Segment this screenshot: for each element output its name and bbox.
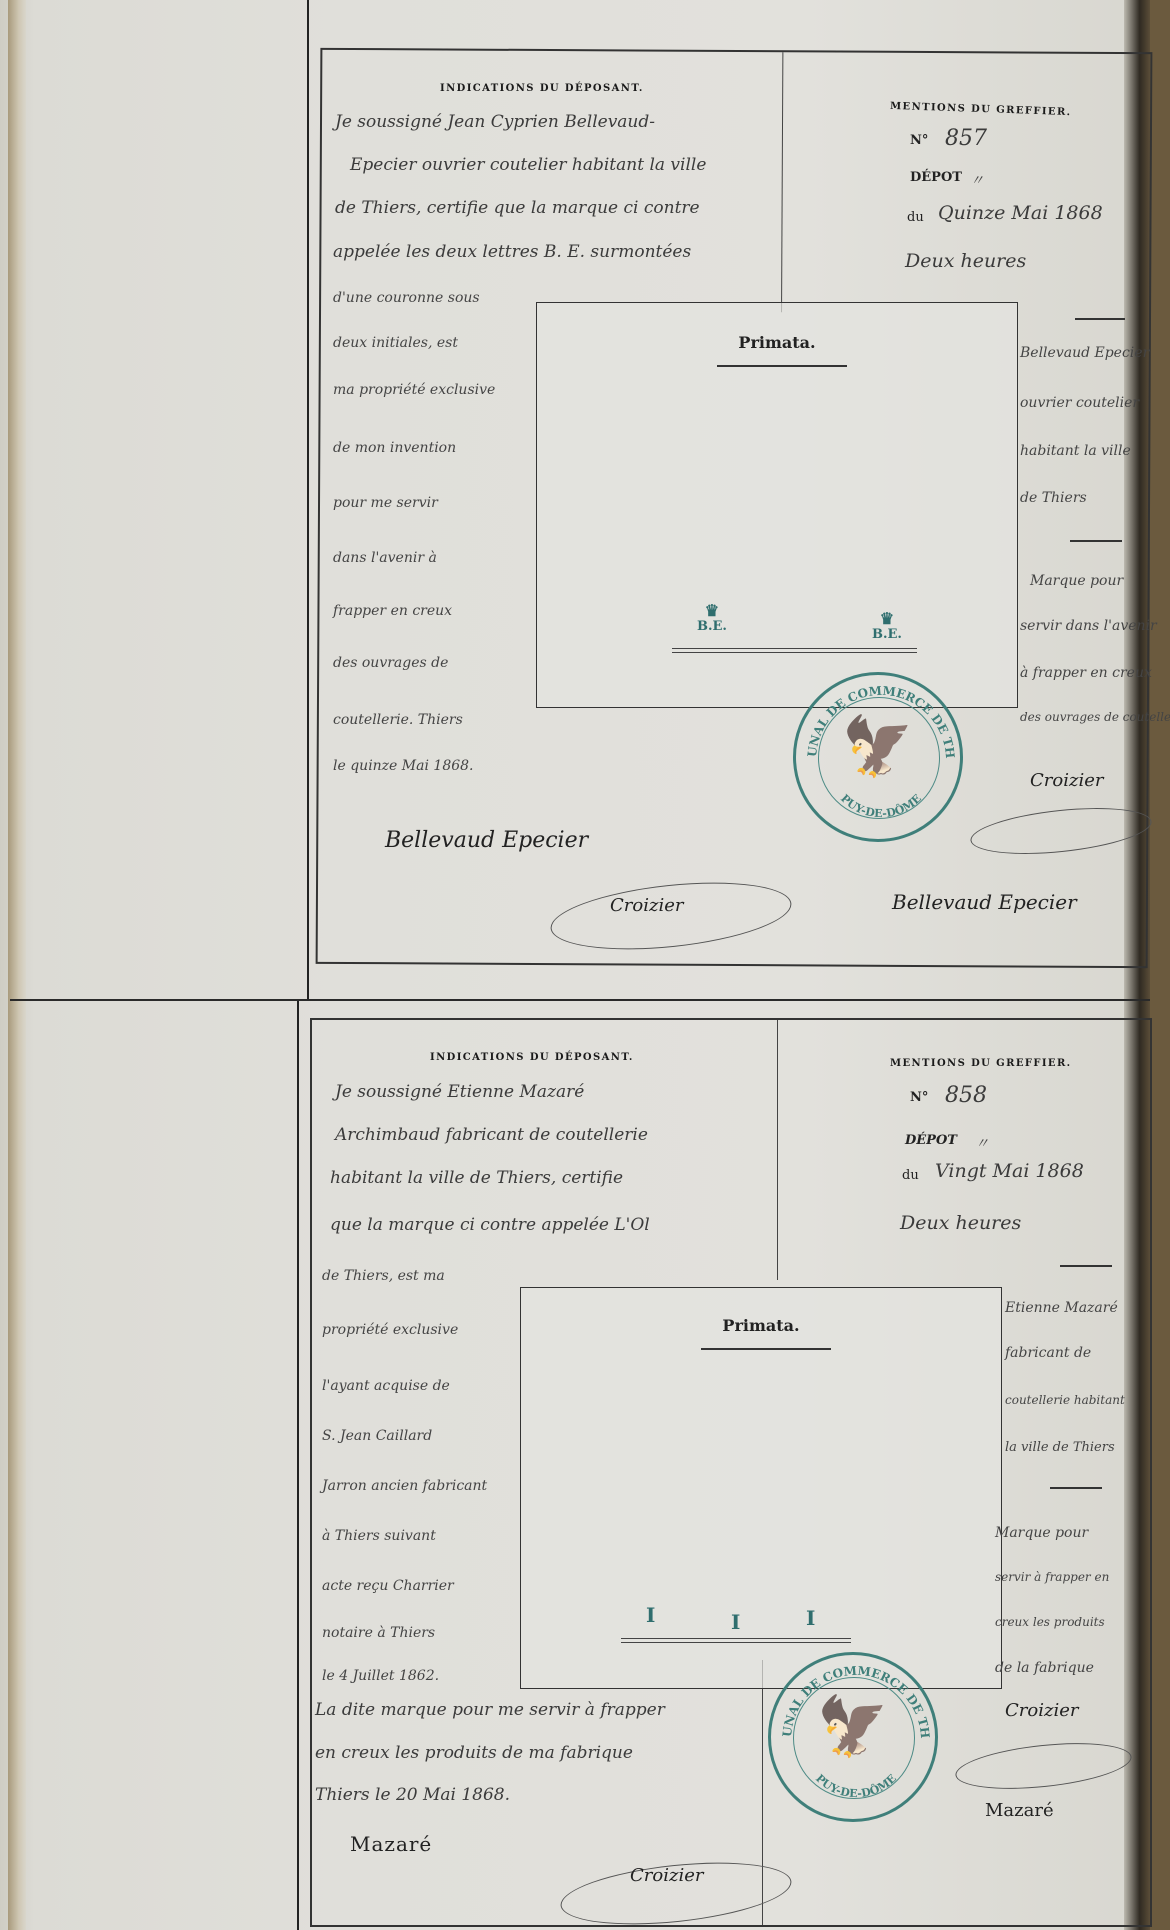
declaration-line: à Thiers suivant <box>322 1528 436 1544</box>
column-divider <box>781 52 783 312</box>
greffier-signature: Croizier <box>630 1865 703 1886</box>
deposant-header: INDICATIONS DU DÉPOSANT. <box>430 1052 634 1063</box>
declaration-line: acte reçu Charrier <box>322 1578 454 1594</box>
declaration-line: des ouvrages de <box>333 655 448 671</box>
deposant-signature-right: Bellevaud Epecier <box>892 890 1077 914</box>
greffier-signature-right: Croizier <box>1005 1700 1078 1721</box>
declaration-line: Thiers le 20 Mai 1868. <box>315 1785 510 1805</box>
depot-date: Vingt Mai 1868 <box>935 1160 1084 1182</box>
greffier-note: servir à frapper en <box>995 1570 1109 1584</box>
declaration-line: le quinze Mai 1868. <box>333 758 474 774</box>
mark-title: Primata. <box>537 333 1017 352</box>
greffier-note: de Thiers <box>1020 490 1087 506</box>
depot-ditto: 〃 <box>970 170 984 190</box>
declaration-line: notaire à Thiers <box>322 1625 435 1641</box>
svg-text:TRIBUNAL DE COMMERCE DE THIERS: TRIBUNAL DE COMMERCE DE THIERS <box>796 675 957 759</box>
trademark-specimen-box: Primata. I I I <box>520 1287 1002 1689</box>
rule <box>621 1638 851 1643</box>
declaration-line: que la marque ci contre appelée L'Ol <box>330 1215 650 1235</box>
mark-title: Primata. <box>521 1316 1001 1335</box>
rule <box>717 365 847 367</box>
svg-text:PUY-DE-DÔME: PUY-DE-DÔME <box>813 1772 899 1800</box>
greffier-signature: Croizier <box>610 895 683 916</box>
greffier-note: fabricant de <box>1005 1345 1091 1361</box>
greffier-note: servir dans l'avenir <box>1020 618 1157 634</box>
declaration-line: propriété exclusive <box>322 1322 458 1338</box>
declaration-line: Epecier ouvrier coutelier habitant la vi… <box>350 155 706 175</box>
depot-ditto: 〃 <box>975 1133 989 1153</box>
greffier-note: creux les produits <box>995 1615 1105 1629</box>
book-binding <box>8 0 26 1930</box>
rule <box>1050 1487 1102 1489</box>
declaration-line: d'une couronne sous <box>333 290 480 306</box>
tribunal-stamp: 🦅 TRIBUNAL DE COMMERCE DE THIERS PUY-DE-… <box>793 672 963 842</box>
number-value: 858 <box>945 1083 987 1108</box>
declaration-line: ma propriété exclusive <box>333 382 495 398</box>
stub-divider-bottom <box>297 1000 299 1930</box>
mark-impression: I <box>806 1606 815 1630</box>
declaration-line: le 4 Juillet 1862. <box>322 1668 439 1684</box>
register-page: INDICATIONS DU DÉPOSANT. MENTIONS DU GRE… <box>0 0 1150 1930</box>
declaration-line: coutellerie. Thiers <box>333 712 463 728</box>
greffier-note: la ville de Thiers <box>1005 1440 1115 1455</box>
greffier-note: des ouvrages de coutellerie <box>1020 710 1170 724</box>
rule <box>1060 1265 1112 1267</box>
greffier-note: Etienne Mazaré <box>1005 1300 1118 1316</box>
declaration-line: frapper en creux <box>333 603 452 619</box>
rule <box>701 1348 831 1350</box>
greffier-header: MENTIONS DU GREFFIER. <box>890 1058 1072 1069</box>
greffier-note: Marque pour <box>1030 573 1123 589</box>
tribunal-stamp: 🦅 TRIBUNAL DE COMMERCE DE THIERS PUY-DE-… <box>768 1652 938 1822</box>
stub-divider-top <box>307 0 309 1000</box>
deposant-header: INDICATIONS DU DÉPOSANT. <box>440 83 644 94</box>
declaration-line: de Thiers, est ma <box>322 1268 445 1284</box>
greffier-note: Marque pour <box>995 1525 1088 1541</box>
depot-label: DÉPOT <box>910 170 962 185</box>
number-label: N° <box>910 133 928 148</box>
declaration-line: Archimbaud fabricant de coutellerie <box>335 1125 648 1145</box>
crown-icon: ♛ <box>697 603 727 619</box>
svg-text:PUY-DE-DÔME: PUY-DE-DÔME <box>838 792 924 820</box>
declaration-line: dans l'avenir à <box>333 550 437 566</box>
declaration-line: de Thiers, certifie que la marque ci con… <box>335 198 700 218</box>
deposant-signature: Bellevaud Epecier <box>385 828 588 853</box>
depot-label: DÉPOT <box>905 1133 957 1148</box>
trademark-specimen-box: Primata. ♛ B.E. ♛ B.E. <box>536 302 1018 708</box>
greffier-note: habitant la ville <box>1020 443 1131 459</box>
deposant-signature: Mazaré <box>350 1832 432 1856</box>
rule <box>1075 318 1125 320</box>
declaration-line: pour me servir <box>333 495 438 511</box>
declaration-line: S. Jean Caillard <box>322 1428 432 1444</box>
rule <box>672 648 917 653</box>
depot-date: Quinze Mai 1868 <box>938 202 1103 224</box>
column-divider <box>777 1020 778 1280</box>
depot-time: Deux heures <box>905 250 1026 272</box>
crown-icon: ♛ <box>872 611 902 627</box>
number-label: N° <box>910 1090 928 1105</box>
declaration-line: habitant la ville de Thiers, certifie <box>330 1168 623 1188</box>
greffier-note: ouvrier coutelier <box>1020 395 1139 411</box>
entry-separator <box>10 999 1150 1001</box>
svg-text:TRIBUNAL DE COMMERCE DE THIERS: TRIBUNAL DE COMMERCE DE THIERS <box>771 1655 932 1739</box>
greffier-note: de la fabrique <box>995 1660 1094 1676</box>
declaration-line: en creux les produits de ma fabrique <box>315 1743 633 1763</box>
mark-impression: ♛ B.E. <box>697 603 727 634</box>
declaration-line: appelée les deux lettres B. E. surmontée… <box>333 242 691 262</box>
date-prefix: du <box>902 1168 919 1183</box>
declaration-line: deux initiales, est <box>333 335 458 351</box>
mark-impression: I <box>646 1603 655 1627</box>
greffier-note: Bellevaud Epecier <box>1020 345 1149 361</box>
declaration-line: Je soussigné Jean Cyprien Bellevaud- <box>335 112 655 132</box>
mark-impression: ♛ B.E. <box>872 611 902 642</box>
greffier-note: à frapper en creux <box>1020 665 1152 681</box>
number-value: 857 <box>945 126 987 151</box>
depot-time: Deux heures <box>900 1212 1021 1234</box>
date-prefix: du <box>907 210 924 225</box>
declaration-line: de mon invention <box>333 440 456 456</box>
declaration-line: l'ayant acquise de <box>322 1378 450 1394</box>
mark-impression: I <box>731 1610 740 1634</box>
declaration-line: Jarron ancien fabricant <box>322 1478 487 1494</box>
declaration-line: Je soussigné Etienne Mazaré <box>335 1082 584 1102</box>
declaration-line: La dite marque pour me servir à frapper <box>315 1700 665 1720</box>
rule <box>1070 540 1122 542</box>
deposant-signature-right: Mazaré <box>985 1800 1054 1821</box>
greffier-signature-right: Croizier <box>1030 770 1103 791</box>
greffier-note: coutellerie habitant <box>1005 1393 1125 1407</box>
